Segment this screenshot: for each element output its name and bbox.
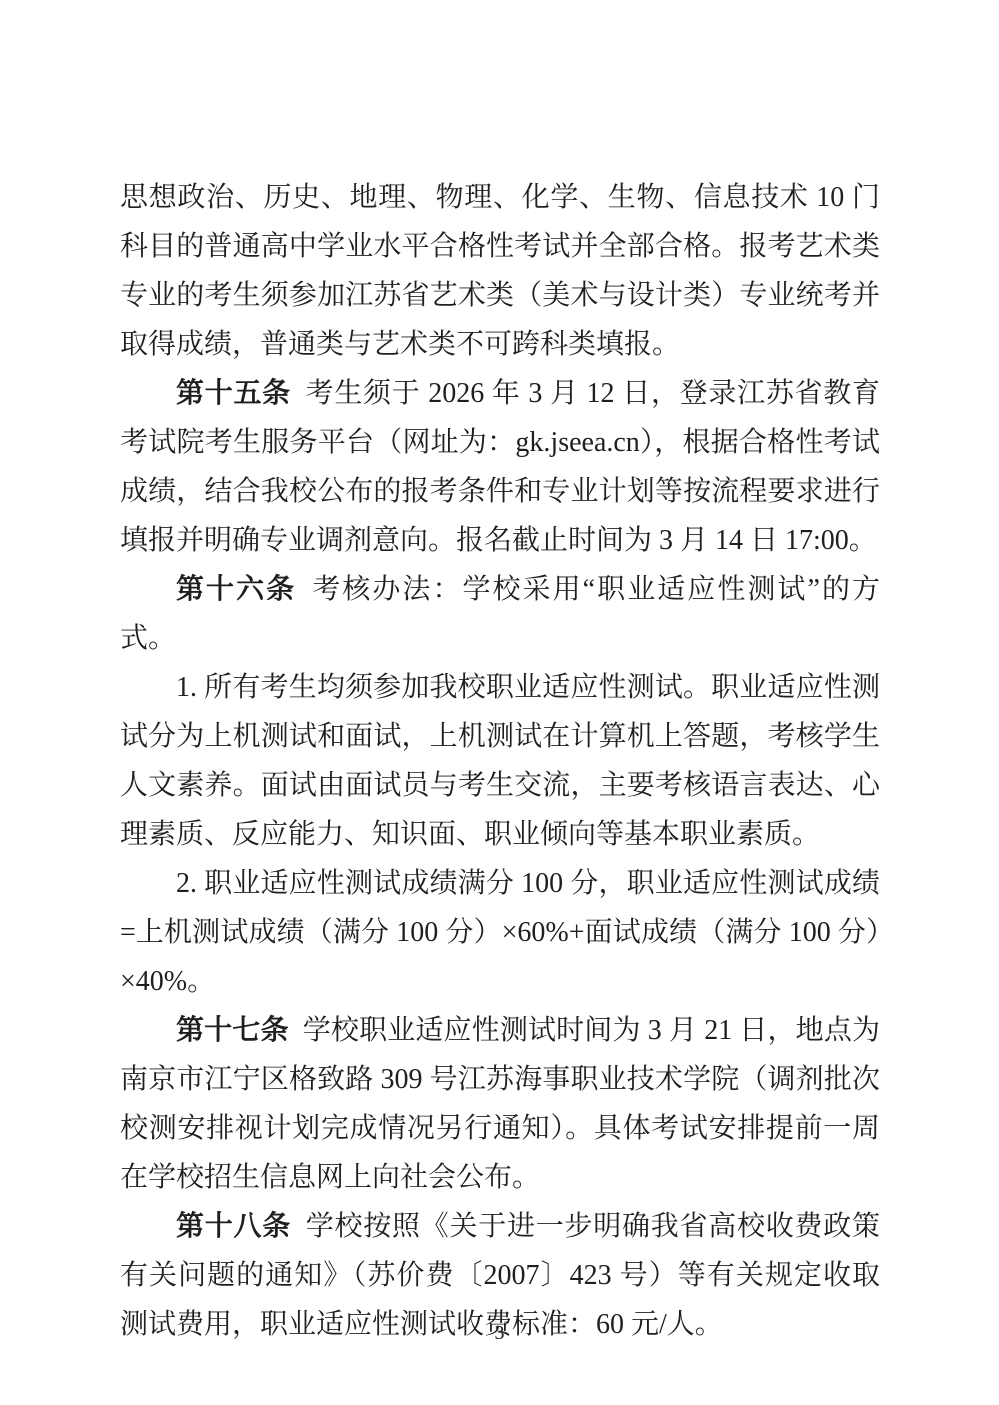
paragraph: 第十七条 学校职业适应性测试时间为 3 月 21 日，地点为南京市江宁区格致路 … [120, 1006, 880, 1202]
paragraph: 思想政治、历史、地理、物理、化学、生物、信息技术 10 门科目的普通高中学业水平… [120, 173, 880, 369]
clause-heading: 第十八条 [176, 1211, 291, 1242]
paragraph-text: 1. 所有考生均须参加我校职业适应性测试。职业适应性测试分为上机测试和面试，上机… [120, 672, 880, 850]
page-footer: 3 [0, 1318, 999, 1348]
paragraph: 2. 职业适应性测试成绩满分 100 分，职业适应性测试成绩=上机测试成绩（满分… [120, 859, 880, 1006]
paragraph-list: 思想政治、历史、地理、物理、化学、生物、信息技术 10 门科目的普通高中学业水平… [120, 173, 880, 1349]
clause-heading: 第十六条 [176, 574, 296, 605]
paragraph-text: 思想政治、历史、地理、物理、化学、生物、信息技术 10 门科目的普通高中学业水平… [120, 182, 880, 360]
clause-heading: 第十七条 [176, 1015, 289, 1046]
paragraph: 1. 所有考生均须参加我校职业适应性测试。职业适应性测试分为上机测试和面试，上机… [120, 663, 880, 859]
paragraph: 第十六条 考核办法：学校采用“职业适应性测试”的方式。 [120, 565, 880, 663]
page-number: 3 [495, 1322, 505, 1344]
document-page: 思想政治、历史、地理、物理、化学、生物、信息技术 10 门科目的普通高中学业水平… [0, 0, 999, 1405]
document-body: 思想政治、历史、地理、物理、化学、生物、信息技术 10 门科目的普通高中学业水平… [120, 173, 880, 1349]
paragraph-text: 2. 职业适应性测试成绩满分 100 分，职业适应性测试成绩=上机测试成绩（满分… [120, 868, 880, 997]
clause-heading: 第十五条 [176, 378, 291, 409]
paragraph: 第十五条 考生须于 2026 年 3 月 12 日，登录江苏省教育考试院考生服务… [120, 369, 880, 565]
